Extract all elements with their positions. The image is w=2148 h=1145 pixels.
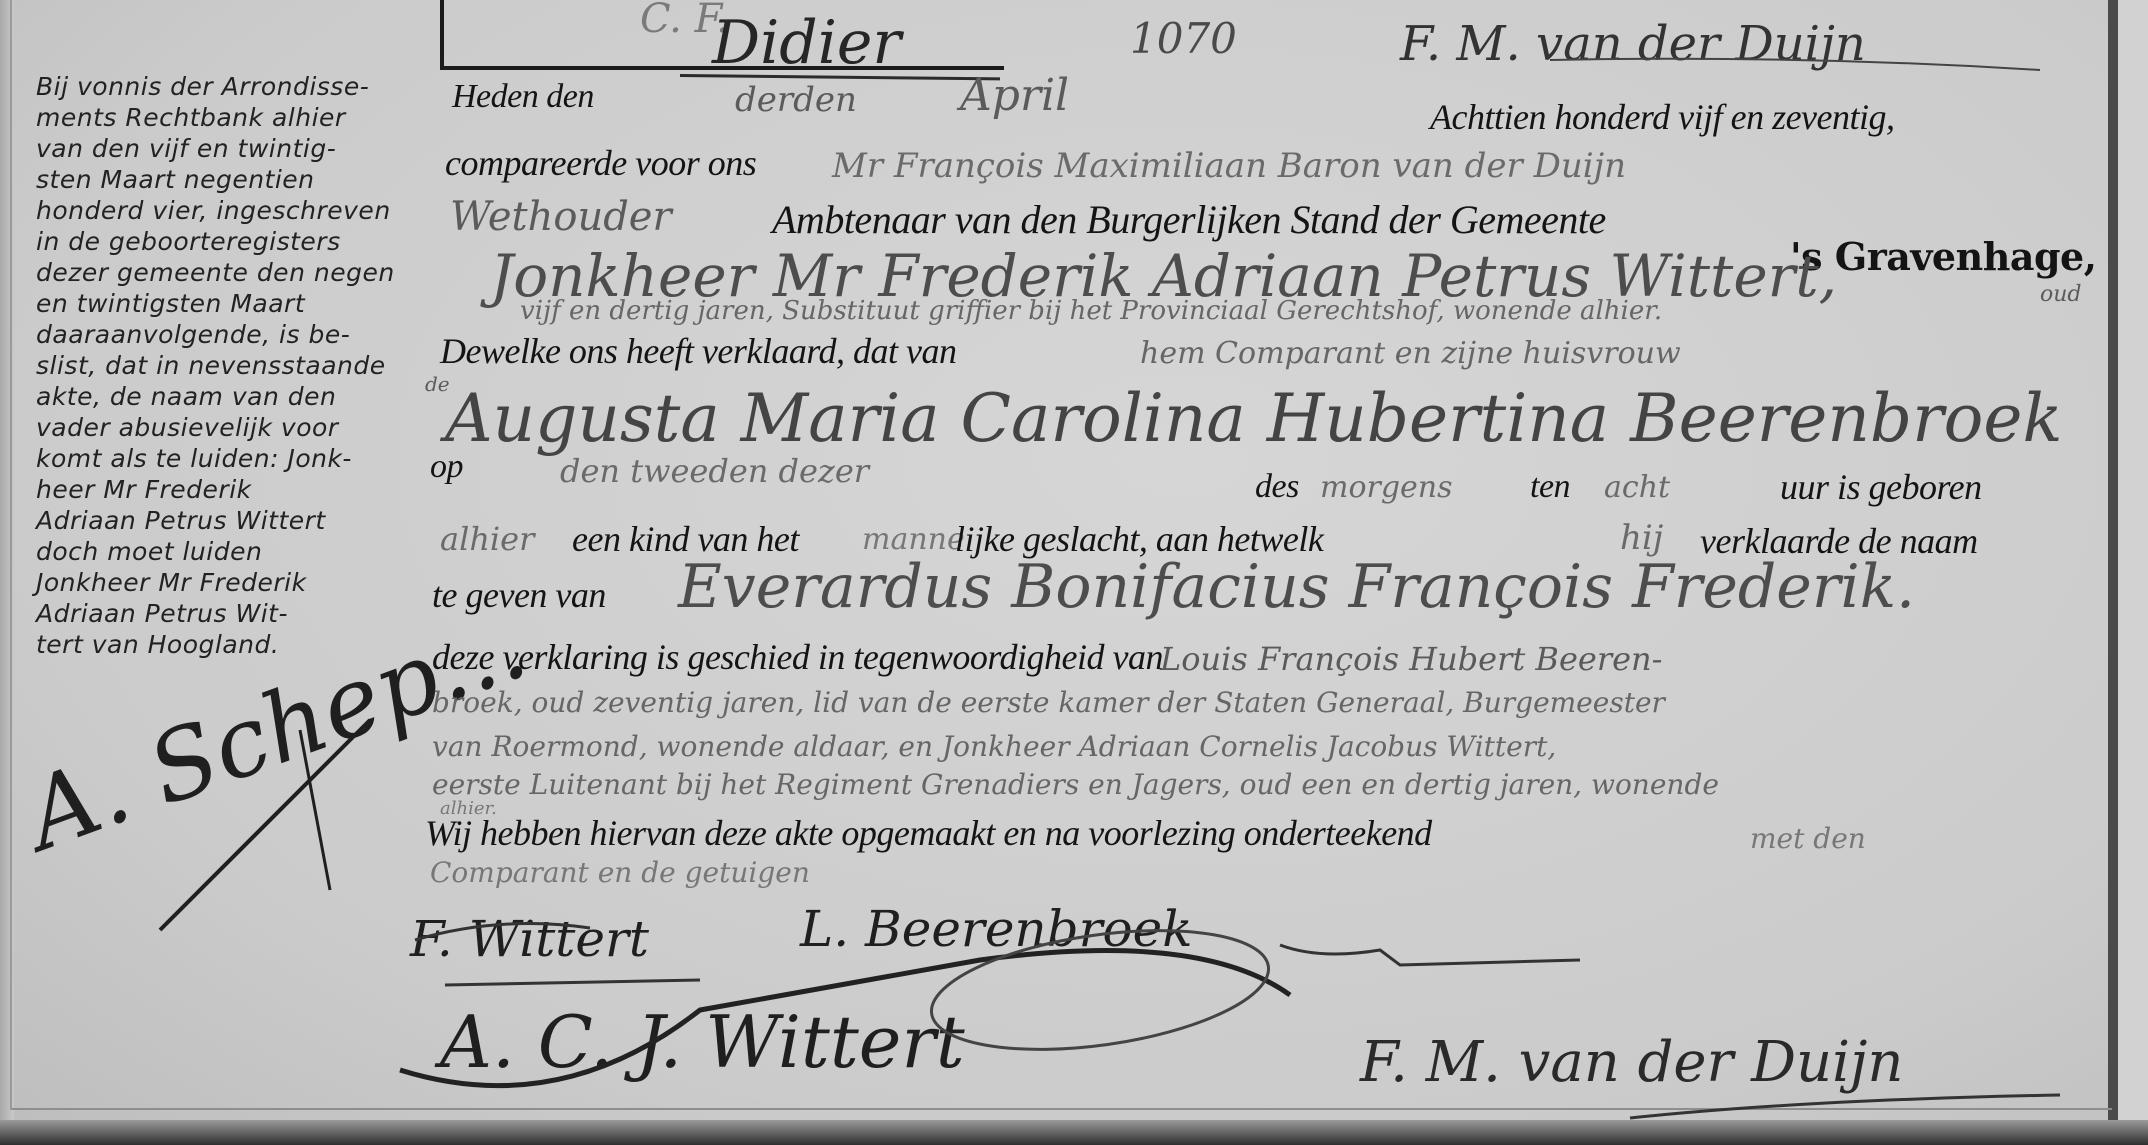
signature-flourishes xyxy=(0,0,2148,1145)
register-page: C. F. Didier 1070 F. M. van der Duijn Bi… xyxy=(0,0,2148,1145)
